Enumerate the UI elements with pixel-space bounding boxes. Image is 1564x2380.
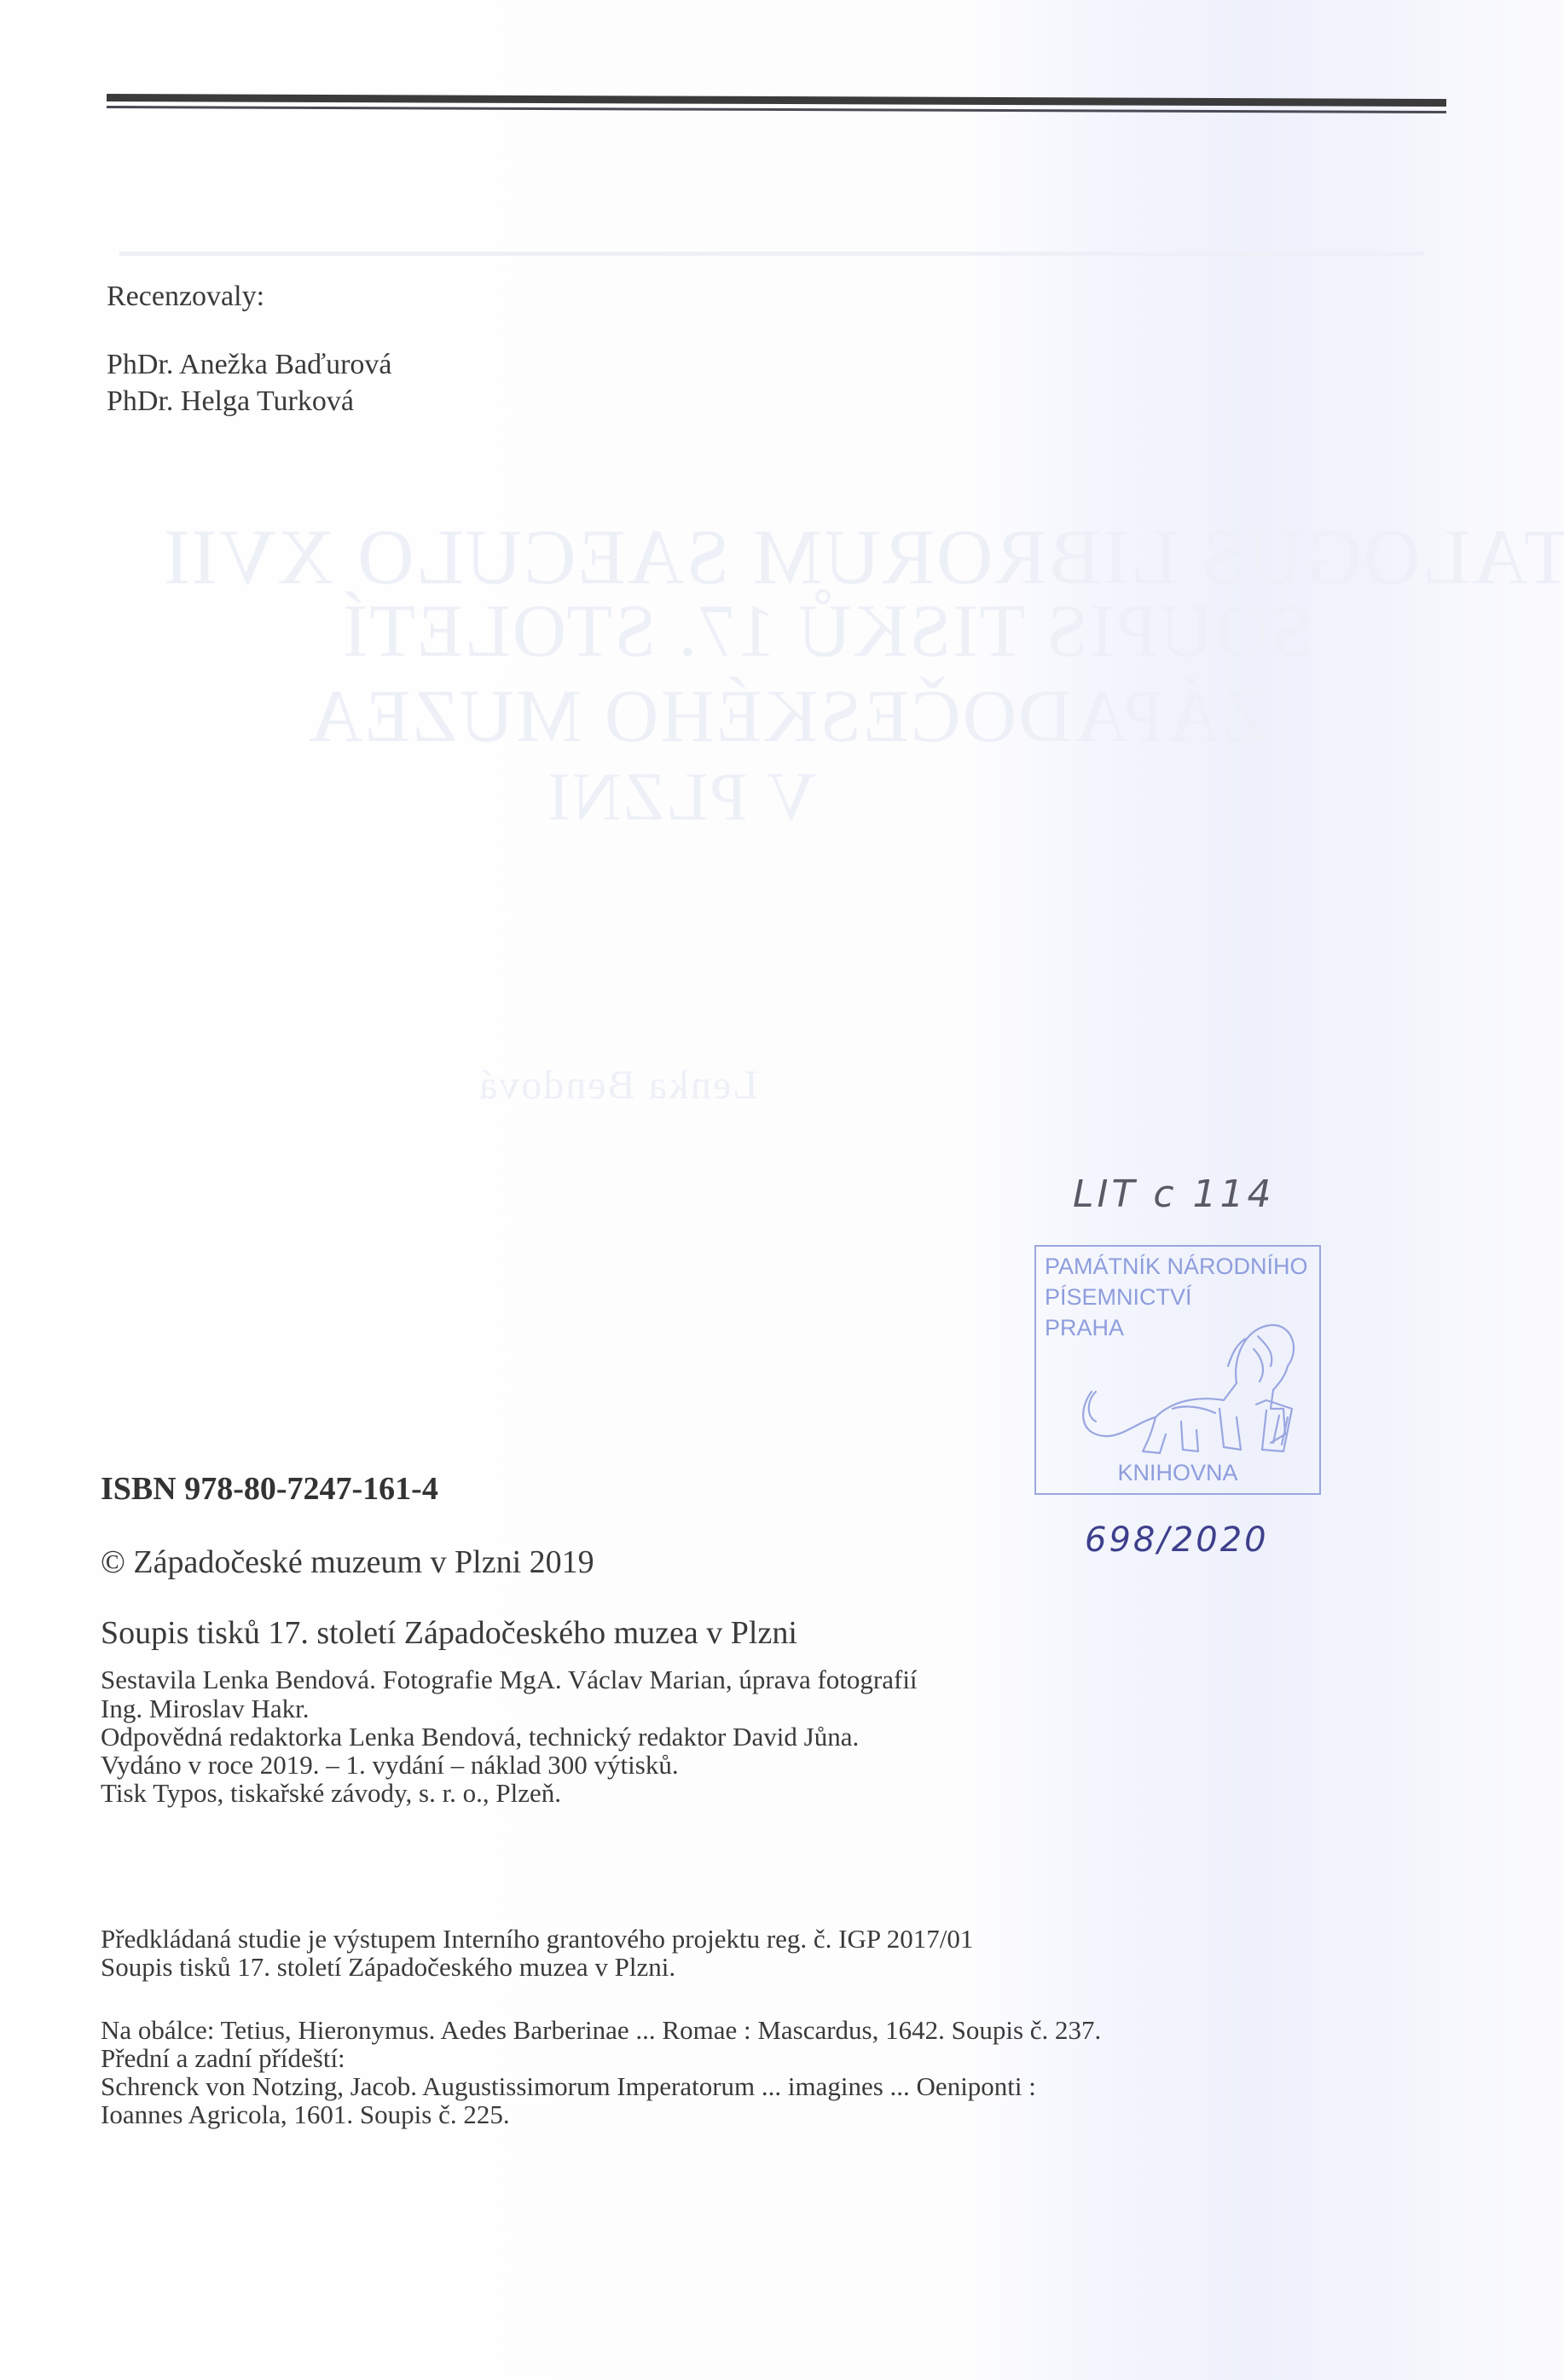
credit-line: Odpovědná redaktorka Lenka Bendová, tech… [101,1723,859,1751]
reviewer-name: PhDr. Helga Turková [107,386,354,417]
ghost-line: Lenka Bendová [478,1062,758,1109]
top-thin-rule [107,106,1446,113]
copyright: © Západočeské muzeum v Plzni 2019 [101,1543,594,1581]
cover-line: Na obálce: Tetius, Hieronymus. Aedes Bar… [101,2016,1101,2044]
ghost-line: V PLZNI [546,759,816,837]
cover-line: Schrenck von Notzing, Jacob. Augustissim… [101,2072,1036,2100]
credit-line: Sestavila Lenka Bendová. Fotografie MgA.… [101,1665,918,1694]
ghost-line: ZÁPADOČESKÉHO MUZEA [307,674,1268,760]
ghost-line: SOUPIS TISKŮ 17. STOLETÍ [341,588,1313,675]
bleed-through-rule [119,252,1424,256]
top-thick-rule [107,94,1446,107]
stamp-line: PAMÁTNÍK NÁRODNÍHO [1045,1254,1308,1280]
lion-icon [1062,1315,1309,1460]
cover-line: Ioannes Agricola, 1601. Soupis č. 225. [101,2100,510,2128]
credit-line: Ing. Miroslav Hakr. [101,1694,310,1723]
reviewers-label: Recenzovaly: [107,281,264,312]
publication-title: Soupis tisků 17. století Západočeského m… [101,1614,797,1652]
handwritten-accession-number: 698/2020 [1085,1520,1269,1560]
stamp-line: PÍSEMNICTVÍ [1045,1284,1192,1311]
stamp-bottom-label: KNIHOVNA [1036,1460,1319,1486]
credit-line: Tisk Typos, tiskařské závody, s. r. o., … [101,1779,561,1807]
reviewer-name: PhDr. Anežka Baďurová [107,350,392,380]
isbn: ISBN 978-80-7247-161-4 [101,1470,438,1508]
grant-line: Soupis tisků 17. století Západočeského m… [101,1953,675,1981]
grant-line: Předkládaná studie je výstupem Interního… [101,1925,973,1953]
handwritten-shelfmark: LIT c 114 [1073,1173,1275,1216]
library-stamp: PAMÁTNÍK NÁRODNÍHO PÍSEMNICTVÍ PRAHA KNI… [1034,1245,1321,1495]
credit-line: Vydáno v roce 2019. – 1. vydání – náklad… [101,1751,679,1779]
cover-line: Přední a zadní přídeští: [101,2044,345,2072]
